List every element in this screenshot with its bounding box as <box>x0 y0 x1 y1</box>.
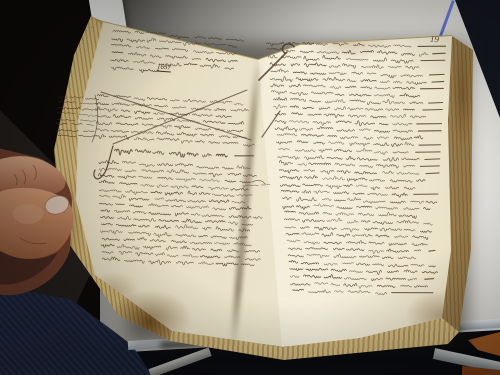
handwriting-block-left-folio-faint <box>81 25 94 29</box>
manuscript-photo: 19 1637 <box>0 0 500 375</box>
handwriting-block-right-body <box>260 40 446 296</box>
handwriting-block-right-margin-note <box>243 183 270 187</box>
right-margin-flourish <box>252 180 265 184</box>
handwriting-block-left-margin-note <box>55 96 100 139</box>
page-number: 19 <box>430 34 440 44</box>
handwriting-block-left-para-2 <box>94 94 257 147</box>
initial-flourish <box>282 44 294 53</box>
diagonal-pen-stroke <box>262 111 280 137</box>
margin-bracket <box>92 95 98 142</box>
handwriting-ink <box>0 0 500 375</box>
handwriting-block-left-heading <box>114 148 253 162</box>
handwriting-block-left-para-3 <box>95 159 265 269</box>
handwriting-block-left-para-1 <box>109 29 243 79</box>
underlined-year: 1637 <box>157 63 172 73</box>
